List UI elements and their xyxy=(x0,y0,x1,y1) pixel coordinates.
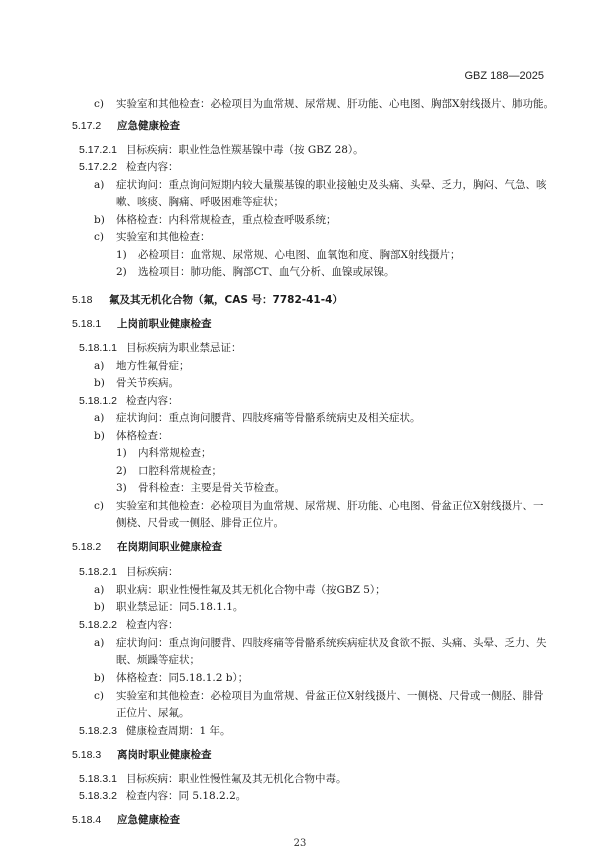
list-item: b)体格检查：内科常规检查，重点检查呼吸系统； xyxy=(94,213,337,227)
subsection: 5.18.3.2检查内容：同 5.18.2.2。 xyxy=(79,789,246,803)
section-heading: 5.18.4应急健康检查 xyxy=(72,813,180,827)
document-page: GBZ 188—2025 c)实验室和其他检查：必检项目为血常规、尿常规、肝功能… xyxy=(0,0,600,848)
list-item: a)症状询问：重点询问腰背、四肢疼痛等骨骼系统病史及相关症状。 xyxy=(94,411,421,425)
subsection: 5.18.2.1目标疾病： xyxy=(79,565,179,579)
sub-list-item: 1)内科常规检查； xyxy=(116,446,212,460)
section-heading: 5.17.2应急健康检查 xyxy=(72,119,180,133)
section-heading-main: 5.18氟及其无机化合物（氟，CAS 号：7782-41-4） xyxy=(72,293,343,307)
sub-list-item: 2)选检项目：肺功能、胸部CT、血气分析、血镍或尿镍。 xyxy=(116,265,395,279)
list-item: b)职业禁忌证：同5.18.1.1。 xyxy=(94,600,243,614)
list-item: c)实验室和其他检查：必检项目为血常规、尿常规、肝功能、心电图、骨盆正位X射线摄… xyxy=(94,499,543,513)
sub-list-item: 3)骨科检查：主要是骨关节检查。 xyxy=(116,481,285,495)
subsection: 5.17.2.1目标疾病：职业性急性羰基镍中毒（按 GBZ 28）。 xyxy=(79,143,364,157)
section-heading: 5.18.2在岗期间职业健康检查 xyxy=(72,540,222,554)
list-item-continuation: 眠、烦躁等症状； xyxy=(116,653,200,667)
list-item: a)症状询问：重点询问腰背、四肢疼痛等骨骼系统疾病症状及食欲不振、头痛、头晕、乏… xyxy=(94,636,547,650)
section-heading: 5.18.3离岗时职业健康检查 xyxy=(72,748,212,762)
list-item: b)体格检查： xyxy=(94,429,169,443)
list-item: a)职业病：职业性慢性氟及其无机化合物中毒（按GBZ 5）； xyxy=(94,583,386,597)
subsection: 5.18.1.1目标疾病为职业禁忌证： xyxy=(79,341,242,355)
list-item-continuation: 正位片、尿氟。 xyxy=(116,706,190,720)
page-number: 23 xyxy=(0,838,600,848)
subsection: 5.18.3.1目标疾病：职业性慢性氟及其无机化合物中毒。 xyxy=(79,772,347,786)
document-code-header: GBZ 188—2025 xyxy=(465,70,545,82)
list-item: c)实验室和其他检查：必检项目为血常规、尿常规、肝功能、心电图、胸部X射线摄片、… xyxy=(94,97,554,111)
sub-list-item: 2)口腔科常规检查； xyxy=(116,464,222,478)
list-item-continuation: 侧桡、尺骨或一侧胫、腓骨正位片。 xyxy=(116,516,284,530)
sub-list-item: 1)必检项目：血常规、尿常规、心电图、血氧饱和度、胸部X射线摄片； xyxy=(116,248,460,262)
list-item: a)地方性氟骨症； xyxy=(94,359,190,373)
list-item-continuation: 嗽、咳痰、胸痛、呼吸困难等症状； xyxy=(116,195,284,209)
list-item: b)骨关节疾病。 xyxy=(94,376,179,390)
subsection: 5.18.2.2检查内容： xyxy=(79,618,179,632)
list-item: b)体格检查：同5.18.1.2 b）； xyxy=(94,671,248,685)
list-item: c)实验室和其他检查： xyxy=(94,230,211,244)
list-item: c)实验室和其他检查：必检项目为血常规、骨盆正位X射线摄片、一侧桡、尺骨或一侧胫… xyxy=(94,689,543,703)
list-item: a)症状询问：重点询问短期内较大量羰基镍的职业接触史及头痛、头晕、乏力，胸闷、气… xyxy=(94,178,547,192)
subsection: 5.18.2.3健康检查周期：1 年。 xyxy=(79,724,231,738)
section-heading: 5.18.1上岗前职业健康检查 xyxy=(72,317,212,331)
subsection: 5.17.2.2检查内容： xyxy=(79,160,179,174)
subsection: 5.18.1.2检查内容： xyxy=(79,394,179,408)
